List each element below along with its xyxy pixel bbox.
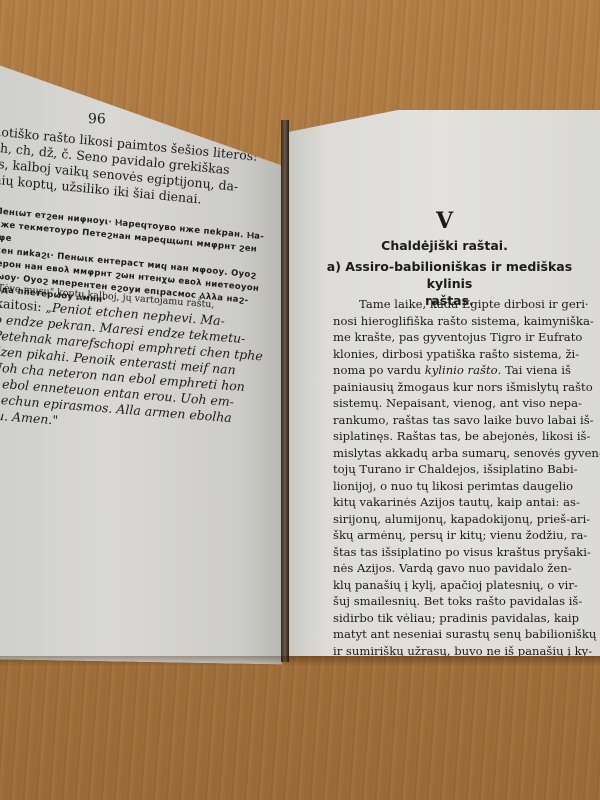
text-line: ir sumiriškų užrasų, buvo ne iš panašių … bbox=[333, 643, 593, 657]
text-line: klonies, dirbosi ypatiška rašto sistema,… bbox=[333, 346, 593, 363]
text-line: štas tas išsiplatino po visus kraštus pr… bbox=[333, 544, 593, 561]
chapter-body-text: Tame laike, kada Egipte dirbosi ir geri·… bbox=[333, 296, 593, 656]
text-line: sistemų. Nepaisant, vienog, ant viso nep… bbox=[333, 395, 593, 412]
text-line: mislytas akkadų arba sumarų, senovės gyv… bbox=[333, 445, 593, 462]
latin-transliteration: kaitosi: „Peniot etchen nephevi. Ma- o e… bbox=[0, 295, 265, 444]
text-line: nosi hieroglifiška rašto sistema, kaimyn… bbox=[333, 313, 593, 330]
text-line: Tame laike, kada Egipte dirbosi ir geri· bbox=[333, 296, 593, 313]
book-gutter bbox=[281, 120, 289, 662]
text-line: siplatinęs. Raštas tas, be abejonės, lik… bbox=[333, 428, 593, 445]
left-page: 96 notiško rašto likosi paimtos šešios l… bbox=[0, 66, 282, 665]
text-line: painiausių žmogaus kur nors išmislytų ra… bbox=[333, 379, 593, 396]
text-line: šuj smailesnių. Bet toks rašto pavidalas… bbox=[333, 593, 593, 610]
text-line: matyt ant neseniai surastų senų babilion… bbox=[333, 626, 593, 643]
text-line: me krašte, pas gyventojus Tigro ir Eufra… bbox=[333, 329, 593, 346]
chapter-number: V bbox=[289, 208, 600, 234]
text-line: nės Azijos. Vardą gavo nuo pavidalo žen- bbox=[333, 560, 593, 577]
text-line: kitų vakarinės Azijos tautų, kaip antai:… bbox=[333, 494, 593, 511]
text-line: noma po vardu kylinio rašto. Tai viena i… bbox=[333, 362, 593, 379]
page-shadow bbox=[0, 656, 600, 666]
right-page: V Chaldėjiški raštai. a) Assiro-babilion… bbox=[289, 110, 600, 656]
text-line: lionijoj, o nuo tų likosi perimtas dauge… bbox=[333, 478, 593, 495]
text-line: škų armėnų, persų ir kitų; vienu žodžiu,… bbox=[333, 527, 593, 544]
text-line: rankumo, raštas tas savo laike buvo laba… bbox=[333, 412, 593, 429]
text-line: sidirbo tik vėliau; pradinis pavidalas, … bbox=[333, 610, 593, 627]
text-line: tojų Turano ir Chaldejos, išsiplatino Ba… bbox=[333, 461, 593, 478]
chapter-title: Chaldėjiški raštai. bbox=[289, 238, 600, 253]
text-line: klų panašių į kylį, apačioj platesnių, o… bbox=[333, 577, 593, 594]
text-line: sirijonų, alumijonų, kapadokijonų, prieš… bbox=[333, 511, 593, 528]
page-number: 96 bbox=[88, 111, 106, 127]
